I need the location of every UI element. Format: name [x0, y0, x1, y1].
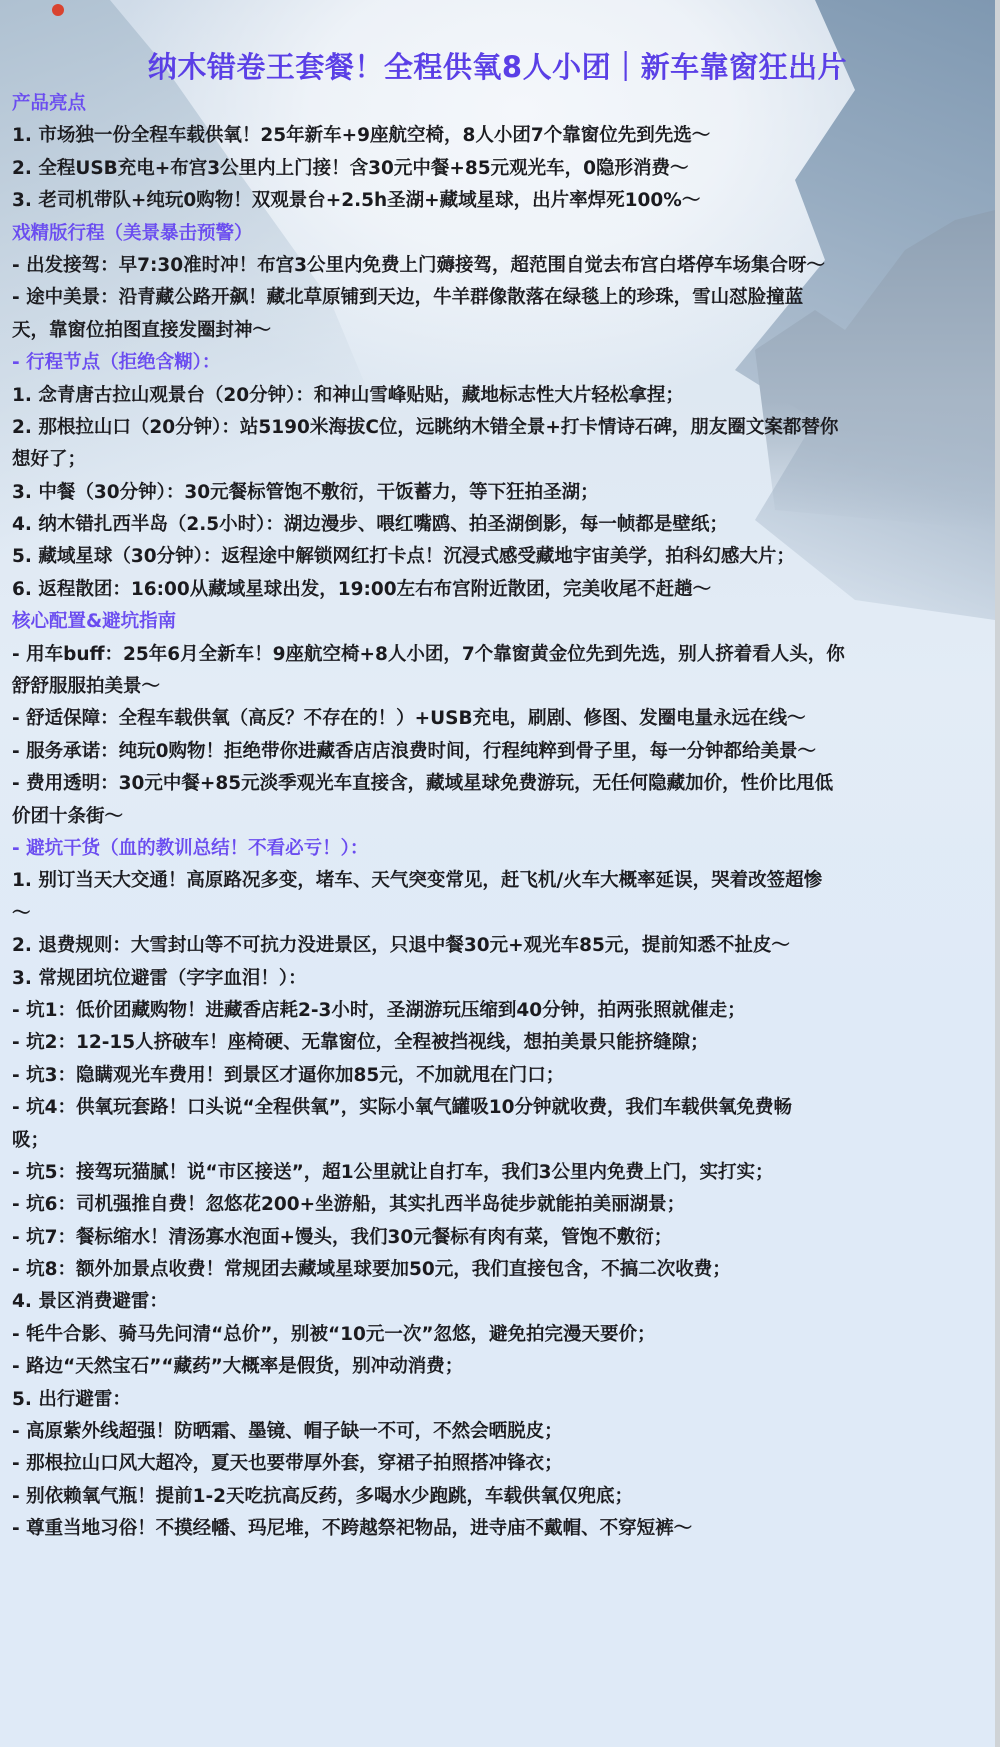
text-line: 1. 别订当天大交通！高原路况多变，堵车、天气突变常见，赶飞机/火车大概率延误，…	[12, 865, 987, 897]
text-line: 2. 退费规则：大雪封山等不可抗力没进景区，只退中餐30元+观光车85元，提前知…	[12, 930, 987, 962]
text-line: 3. 中餐（30分钟）：30元餐标管饱不敷衍，干饭蓄力，等下狂拍圣湖；	[12, 477, 987, 509]
text-line: - 高原紫外线超强！防晒霜、墨镜、帽子缺一不可，不然会晒脱皮；	[12, 1416, 987, 1448]
text-line: - 服务承诺：纯玩0购物！拒绝带你进藏香店店浪费时间，行程纯粹到骨子里，每一分钟…	[12, 736, 987, 768]
text-line: - 坑3：隐瞒观光车费用！到景区才逼你加85元，不加就甩在门口；	[12, 1060, 987, 1092]
text-line: 天，靠窗位拍图直接发圈封神～	[12, 315, 987, 347]
section-heading: - 避坑干货（血的教训总结！不看必亏！）：	[12, 833, 987, 865]
section-heading: - 行程节点（拒绝含糊）：	[12, 347, 987, 379]
text-line: - 出发接驾：早7:30准时冲！布宫3公里内免费上门薅接驾，超范围自觉去布宫白塔…	[12, 250, 987, 282]
text-line: - 坑8：额外加景点收费！常规团去藏域星球要加50元，我们直接包含，不搞二次收费…	[12, 1254, 987, 1286]
text-line: - 坑5：接驾玩猫腻！说“市区接送”，超1公里就让自打车，我们3公里内免费上门，…	[12, 1157, 987, 1189]
text-line: 2. 全程USB充电+布宫3公里内上门接！含30元中餐+85元观光车，0隐形消费…	[12, 153, 987, 185]
text-line: - 坑6：司机强推自费！忽悠花200+坐游船，其实扎西半岛徒步就能拍美丽湖景；	[12, 1189, 987, 1221]
text-line: - 舒适保障：全程车载供氧（高反？不存在的！）+USB充电，刷剧、修图、发圈电量…	[12, 703, 987, 735]
page-title: 纳木错卷王套餐！全程供氧8人小团｜新车靠窗狂出片	[0, 45, 995, 86]
text-line: - 路边“天然宝石”“藏药”大概率是假货，别冲动消费；	[12, 1351, 987, 1383]
text-line: - 坑2：12-15人挤破车！座椅硬、无靠窗位，全程被挡视线，想拍美景只能挤缝隙…	[12, 1027, 987, 1059]
text-line: 舒舒服服拍美景～	[12, 671, 987, 703]
text-line: - 尊重当地习俗！不摸经幡、玛尼堆，不跨越祭祀物品，进寺庙不戴帽、不穿短裤～	[12, 1513, 987, 1545]
text-line: ～	[12, 898, 987, 930]
text-line: 1. 市场独一份全程车载供氧！25年新车+9座航空椅，8人小团7个靠窗位先到先选…	[12, 120, 987, 152]
text-line: - 那根拉山口风大超冷，夏天也要带厚外套，穿裙子拍照搭冲锋衣；	[12, 1448, 987, 1480]
text-line: - 别依赖氧气瓶！提前1-2天吃抗高反药，多喝水少跑跳，车载供氧仅兜底；	[12, 1481, 987, 1513]
right-edge-strip	[995, 0, 1000, 1747]
section-heading: 产品亮点	[12, 88, 987, 120]
text-line: - 途中美景：沿青藏公路开飙！藏北草原铺到天边，牛羊群像散落在绿毯上的珍珠，雪山…	[12, 282, 987, 314]
text-line: 3. 老司机带队+纯玩0购物！双观景台+2.5h圣湖+藏域星球，出片率焊死100…	[12, 185, 987, 217]
text-line: - 坑4：供氧玩套路！口头说“全程供氧”，实际小氧气罐吸10分钟就收费，我们车载…	[12, 1092, 987, 1124]
text-line: 3. 常规团坑位避雷（字字血泪！）：	[12, 963, 987, 995]
text-line: - 牦牛合影、骑马先问清“总价”，别被“10元一次”忽悠，避免拍完漫天要价；	[12, 1319, 987, 1351]
text-line: 1. 念青唐古拉山观景台（20分钟）：和神山雪峰贴贴，藏地标志性大片轻松拿捏；	[12, 380, 987, 412]
text-lines: 产品亮点1. 市场独一份全程车载供氧！25年新车+9座航空椅，8人小团7个靠窗位…	[12, 88, 987, 1546]
section-heading: 核心配置&避坑指南	[12, 606, 987, 638]
text-line: - 用车buff：25年6月全新车！9座航空椅+8人小团，7个靠窗黄金位先到先选…	[12, 639, 987, 671]
text-line: 价团十条街～	[12, 801, 987, 833]
text-line: - 坑7：餐标缩水！清汤寡水泡面+馒头，我们30元餐标有肉有菜，管饱不敷衍；	[12, 1222, 987, 1254]
text-line: 5. 藏域星球（30分钟）：返程途中解锁网红打卡点！沉浸式感受藏地宇宙美学，拍科…	[12, 541, 987, 573]
text-line: 想好了；	[12, 444, 987, 476]
text-line: 4. 纳木错扎西半岛（2.5小时）：湖边漫步、喂红嘴鸥、拍圣湖倒影，每一帧都是壁…	[12, 509, 987, 541]
text-line: 2. 那根拉山口（20分钟）：站5190米海拔C位，远眺纳木错全景+打卡情诗石碑…	[12, 412, 987, 444]
text-line: - 坑1：低价团藏购物！进藏香店耗2-3小时，圣湖游玩压缩到40分钟，拍两张照就…	[12, 995, 987, 1027]
section-heading: 戏精版行程（美景暴击预警）	[12, 218, 987, 250]
red-sun-icon	[52, 4, 64, 16]
text-line: - 费用透明：30元中餐+85元淡季观光车直接含，藏域星球免费游玩，无任何隐藏加…	[12, 768, 987, 800]
text-line: 6. 返程散团：16:00从藏域星球出发，19:00左右布宫附近散团，完美收尾不…	[12, 574, 987, 606]
text-line: 5. 出行避雷：	[12, 1384, 987, 1416]
text-line: 吸；	[12, 1125, 987, 1157]
text-line: 4. 景区消费避雷：	[12, 1286, 987, 1318]
